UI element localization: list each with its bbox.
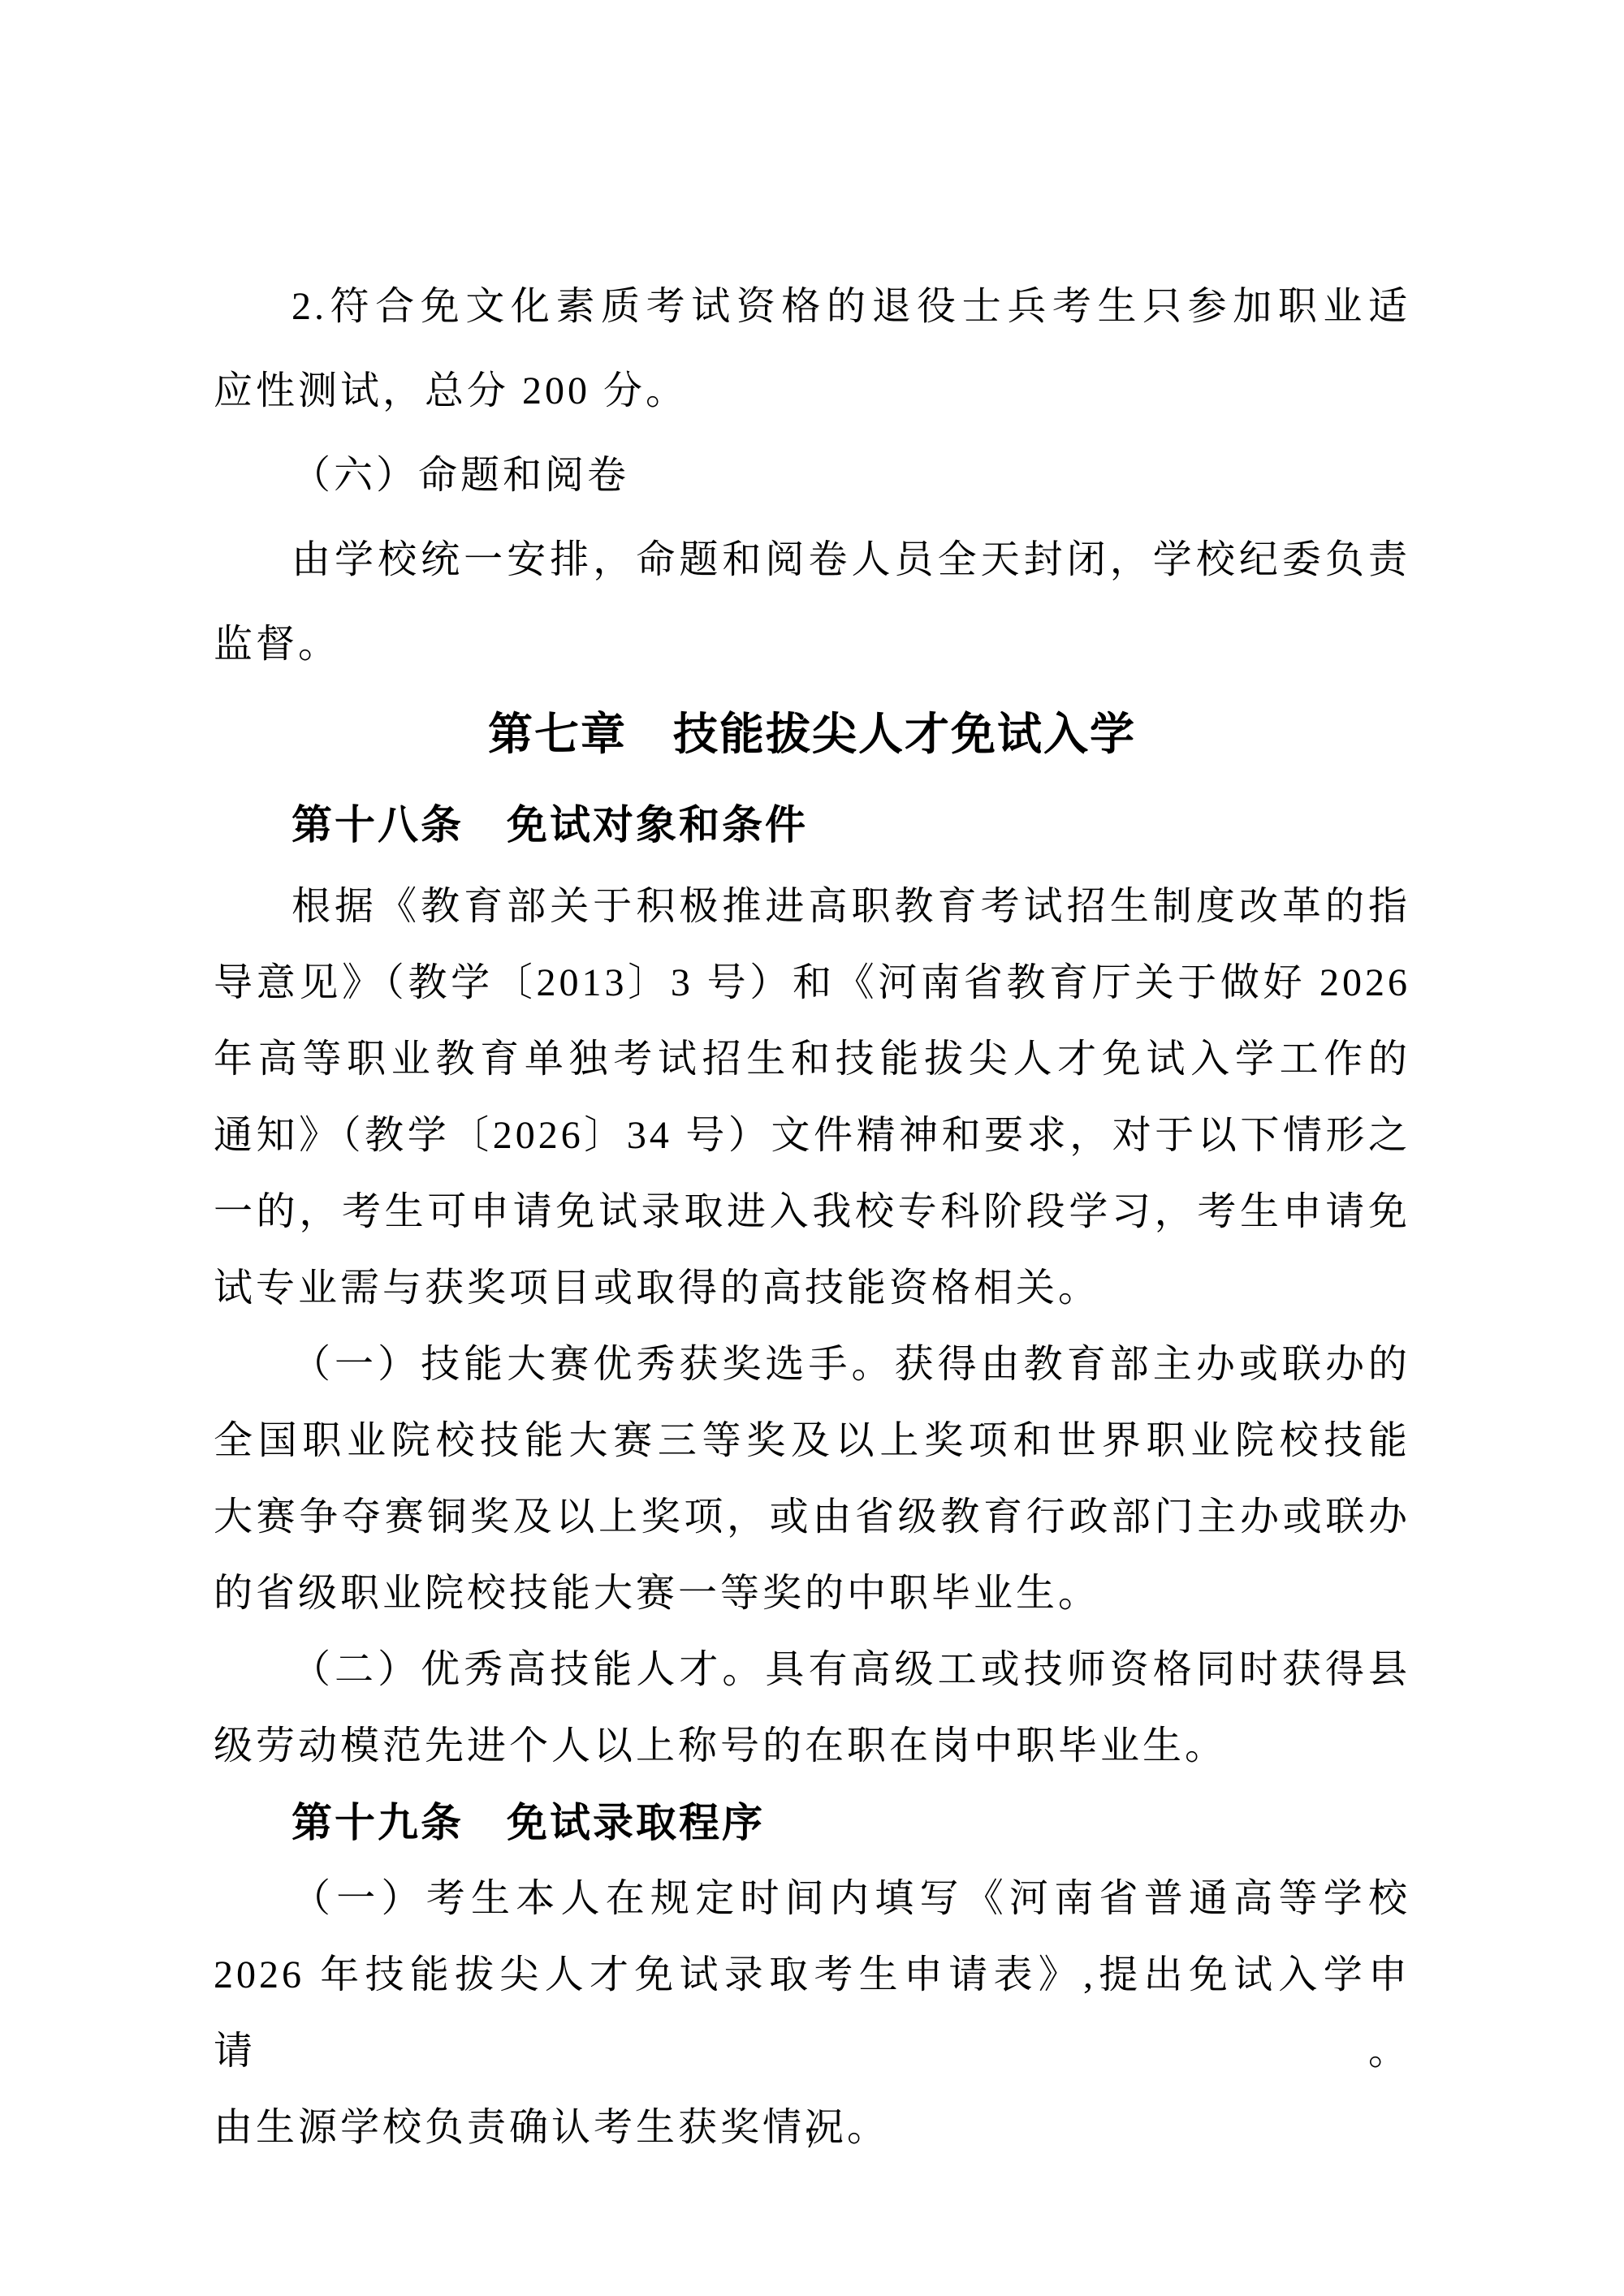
chapter-heading: 第七章 技能拔尖人才免试入学 [214, 687, 1410, 781]
body-text-line: 大赛争夺赛铜奖及以上奖项，或由省级教育行政部门主办或联办 [214, 1479, 1410, 1556]
body-text-line: 2026 年技能拔尖人才免试录取考生申请表》,提出免试入学申请。 [214, 1937, 1410, 2090]
body-text-line: （二）优秀高技能人才。具有高级工或技师资格同时获得县 [214, 1632, 1410, 1708]
section-heading-18: 第十八条 免试对象和条件 [214, 781, 1410, 869]
body-text-line: 年高等职业教育单独考试招生和技能拔尖人才免试入学工作的 [214, 1021, 1410, 1098]
body-text-line: 应性测试，总分 200 分。 [214, 349, 1410, 434]
subsection-label: （六）命题和阅卷 [214, 434, 1410, 518]
body-text-line: 通知》（教学〔2026〕34 号）文件精神和要求，对于以下情形之 [214, 1098, 1410, 1174]
body-text-line: 导意见》（教学〔2013〕3 号）和《河南省教育厅关于做好 2026 [214, 945, 1410, 1021]
document-page: 2.符合免文化素质考试资格的退役士兵考生只参加职业适 应性测试，总分 200 分… [0, 0, 1624, 2296]
body-text-line: 监督。 [214, 602, 1410, 687]
body-text-line: 由学校统一安排，命题和阅卷人员全天封闭，学校纪委负责 [214, 518, 1410, 602]
body-text-line: 的省级职业院校技能大赛一等奖的中职毕业生。 [214, 1556, 1410, 1632]
body-text-line: 试专业需与获奖项目或取得的高技能资格相关。 [214, 1250, 1410, 1327]
body-text-line: 全国职业院校技能大赛三等奖及以上奖项和世界职业院校技能 [214, 1403, 1410, 1479]
body-text-line: 2.符合免文化素质考试资格的退役士兵考生只参加职业适 [214, 265, 1410, 349]
body-text-line: 级劳动模范先进个人以上称号的在职在岗中职毕业生。 [214, 1708, 1410, 1785]
body-text-line: （一）技能大赛优秀获奖选手。获得由教育部主办或联办的 [214, 1327, 1410, 1403]
document-body: 2.符合免文化素质考试资格的退役士兵考生只参加职业适 应性测试，总分 200 分… [214, 265, 1410, 2166]
page-number: 7 [0, 2121, 1624, 2155]
body-text-line: （一）考生本人在规定时间内填写《河南省普通高等学校 [214, 1861, 1410, 1937]
body-text-line: 根据《教育部关于积极推进高职教育考试招生制度改革的指 [214, 869, 1410, 945]
body-text-line: 一的，考生可申请免试录取进入我校专科阶段学习，考生申请免 [214, 1174, 1410, 1250]
section-heading-19: 第十九条 免试录取程序 [214, 1785, 1410, 1861]
